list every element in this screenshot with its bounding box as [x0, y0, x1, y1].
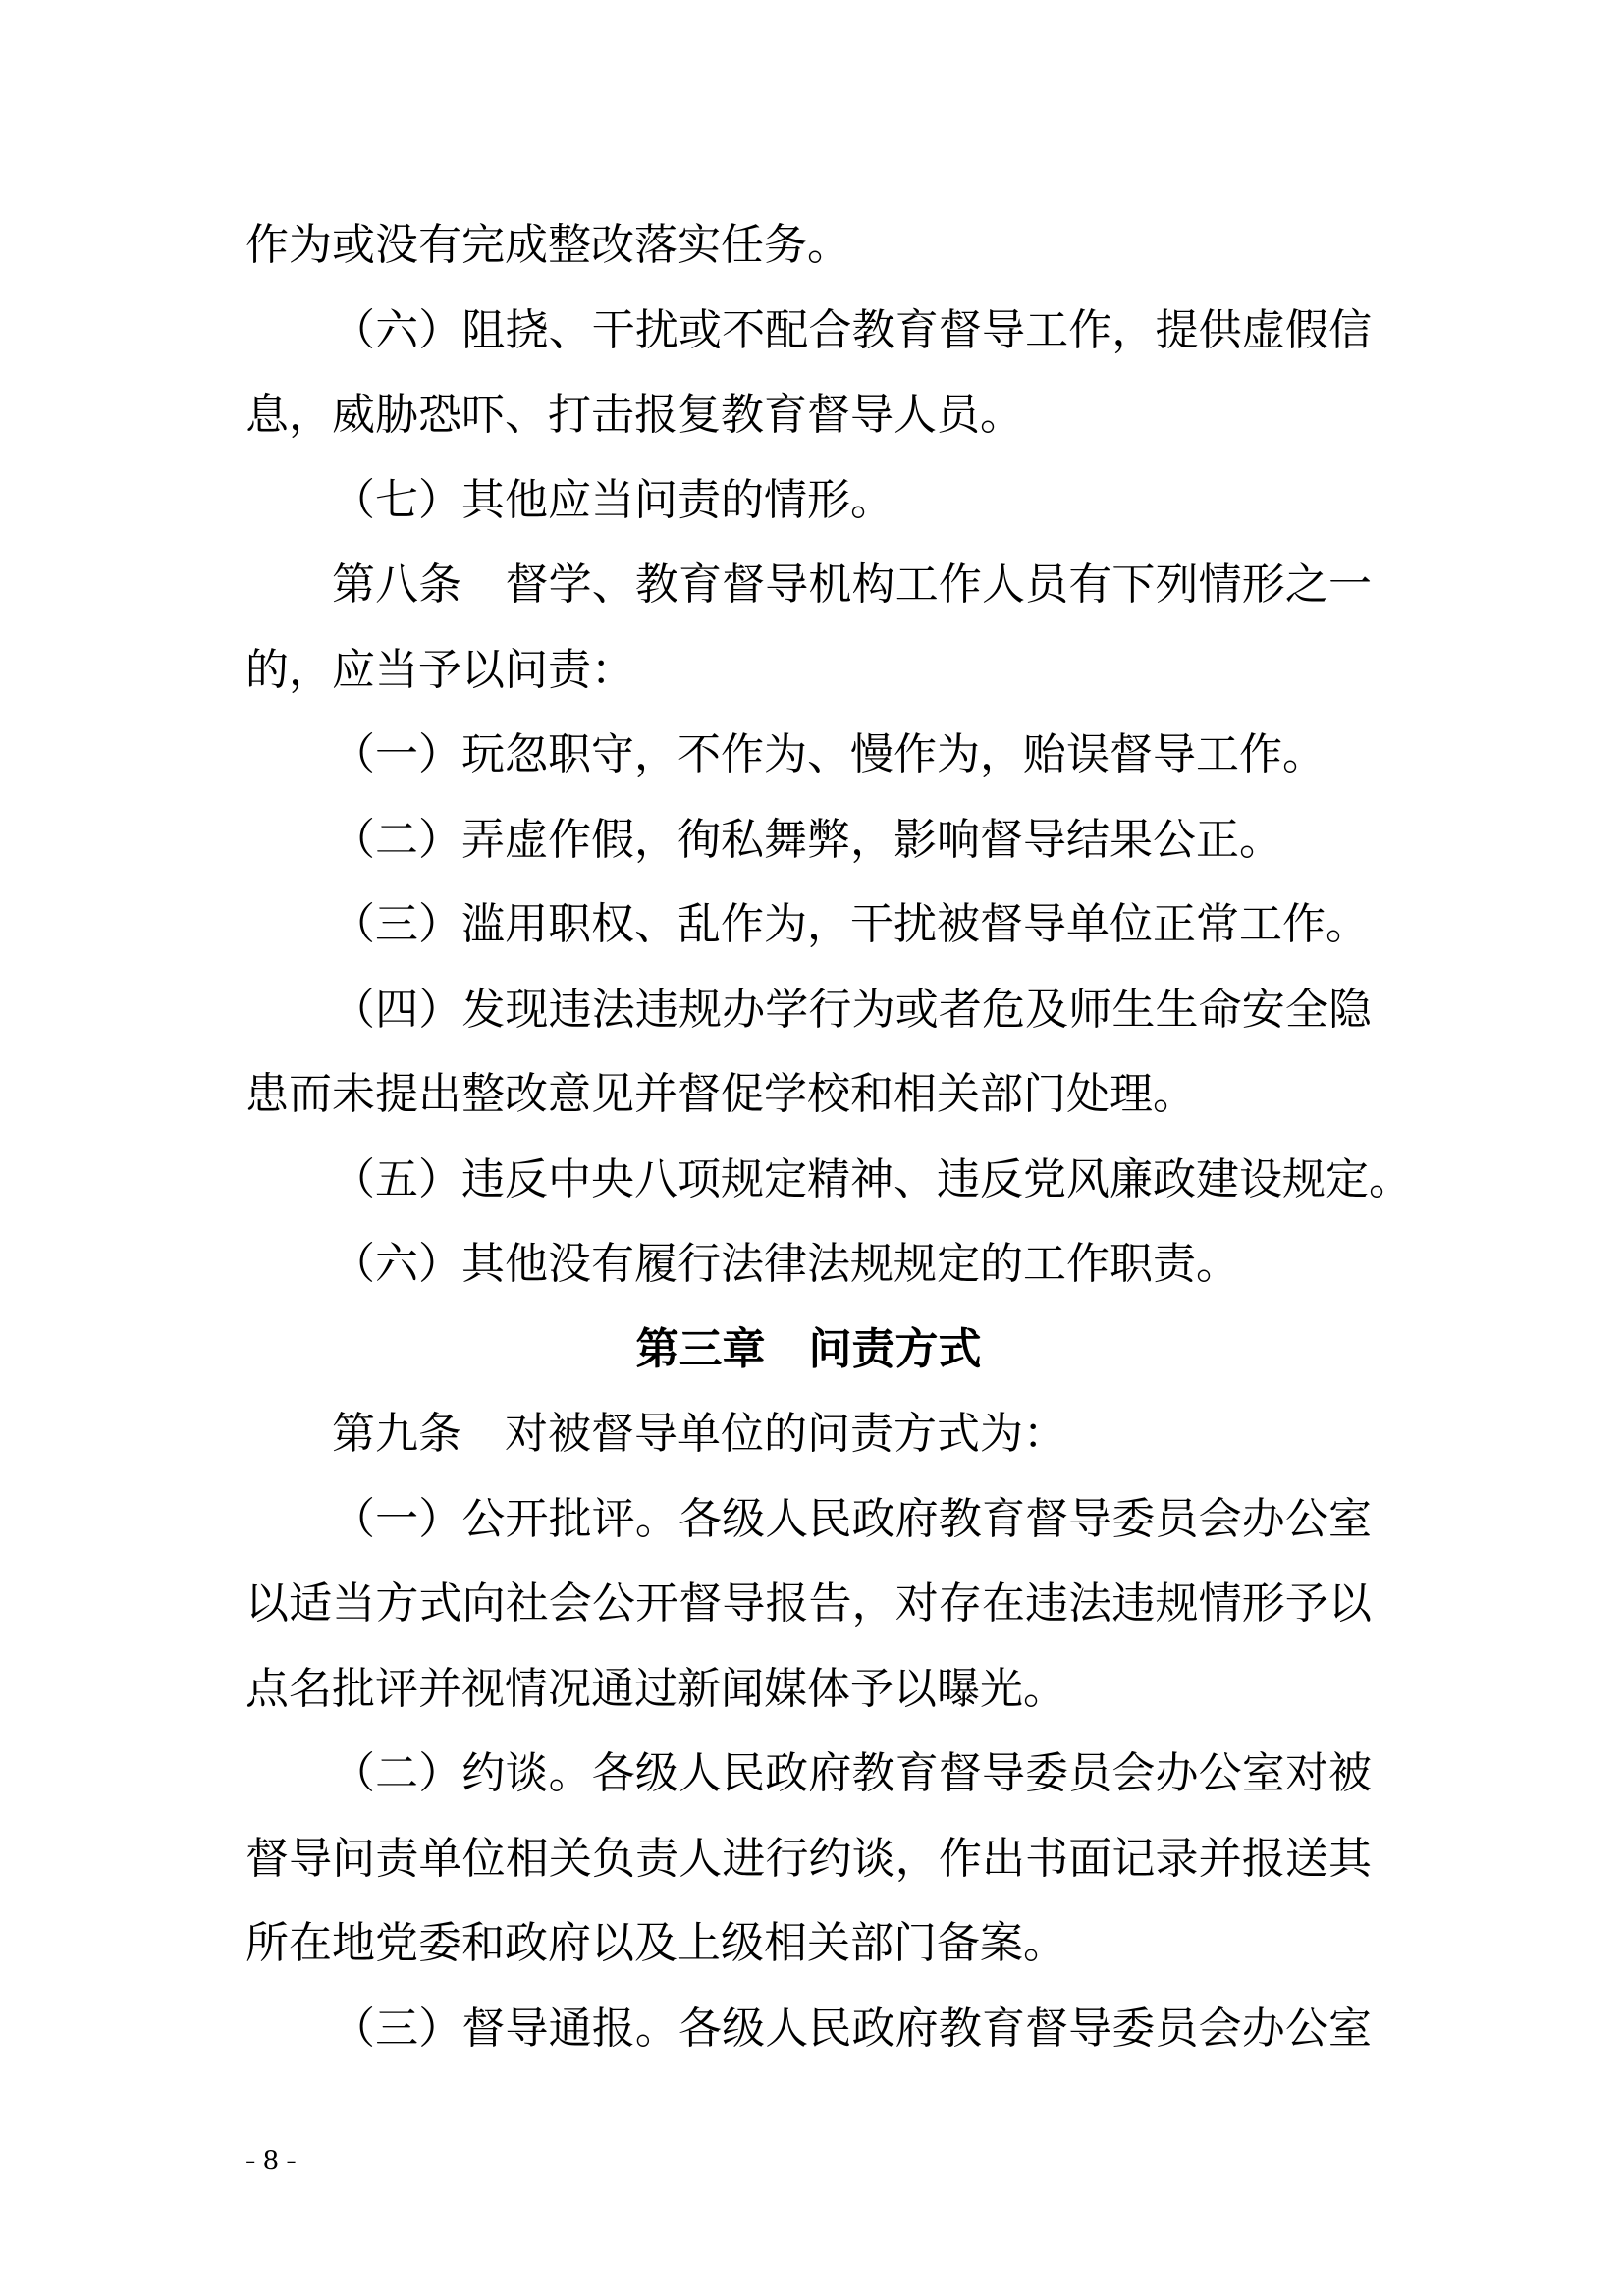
text-line: 患而未提出整改意见并督促学校和相关部门处理。	[245, 1052, 1372, 1138]
text-line: 作为或没有完成整改落实任务。	[245, 203, 1372, 289]
text-line: （三）督导通报。各级人民政府教育督导委员会办公室	[245, 1987, 1372, 2072]
document-page: 作为或没有完成整改落实任务。 （六）阻挠、干扰或不配合教育督导工作，提供虚假信 …	[0, 0, 1624, 2296]
text-line: 以适当方式向社会公开督导报告，对存在违法违规情形予以	[245, 1562, 1372, 1647]
text-line: 第八条 督学、教育督导机构工作人员有下列情形之一	[245, 543, 1372, 628]
text-line: 第九条 对被督导单位的问责方式为：	[245, 1392, 1372, 1477]
text-line: 所在地党委和政府以及上级相关部门备案。	[245, 1901, 1372, 1987]
text-line: （四）发现违法违规办学行为或者危及师生生命安全隐	[245, 968, 1372, 1053]
text-line: （五）违反中央八项规定精神、违反党风廉政建设规定。	[245, 1138, 1372, 1223]
text-line: （一）公开批评。各级人民政府教育督导委员会办公室	[245, 1477, 1372, 1563]
body-text: 作为或没有完成整改落实任务。 （六）阻挠、干扰或不配合教育督导工作，提供虚假信 …	[245, 203, 1372, 2071]
text-line: （六）其他没有履行法律法规规定的工作职责。	[245, 1222, 1372, 1308]
text-line: （三）滥用职权、乱作为，干扰被督导单位正常工作。	[245, 882, 1372, 968]
text-line: （二）弄虚作假，徇私舞弊，影响督导结果公正。	[245, 798, 1372, 883]
text-line: 点名批评并视情况通过新闻媒体予以曝光。	[245, 1647, 1372, 1733]
text-line: 的，应当予以问责：	[245, 628, 1372, 714]
text-line: 息，威胁恐吓、打击报复教育督导人员。	[245, 373, 1372, 458]
text-line: （六）阻挠、干扰或不配合教育督导工作，提供虚假信	[245, 289, 1372, 374]
chapter-heading: 第三章 问责方式	[245, 1308, 1372, 1393]
page-number: - 8 -	[245, 2132, 297, 2187]
text-line: （二）约谈。各级人民政府教育督导委员会办公室对被	[245, 1732, 1372, 1817]
text-line: （七）其他应当问责的情形。	[245, 458, 1372, 544]
text-line: （一）玩忽职守，不作为、慢作为，贻误督导工作。	[245, 713, 1372, 798]
text-line: 督导问责单位相关负责人进行约谈，作出书面记录并报送其	[245, 1817, 1372, 1902]
